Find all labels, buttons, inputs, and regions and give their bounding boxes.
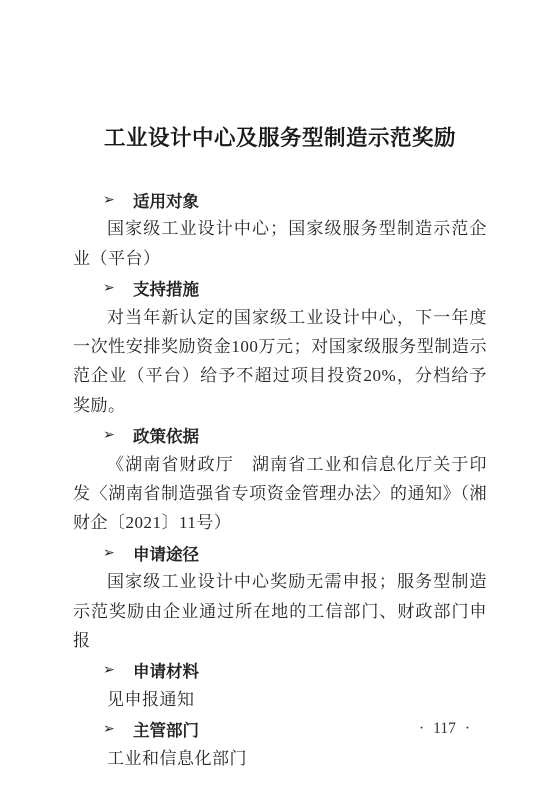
section-body: 工业和信息化部门 — [73, 744, 487, 773]
section-body: 见申报通知 — [73, 685, 487, 714]
section-heading-text: 主管部门 — [133, 717, 199, 741]
section-heading-text: 申请材料 — [133, 658, 199, 682]
section-heading: ➢ 申请途径 — [73, 538, 487, 567]
page-number-right-dot: · — [465, 720, 470, 738]
section-heading-text: 政策依据 — [133, 423, 199, 447]
section-body: 对当年新认定的国家级工业设计中心，下一年度一次性安排奖励资金100万元；对国家级… — [73, 303, 487, 421]
page-number: · 117 · — [419, 720, 470, 738]
section-heading: ➢ 申请材料 — [73, 655, 487, 684]
section-body: 《湖南省财政厅 湖南省工业和信息化厅关于印发〈湖南省制造强省专项资金管理办法〉的… — [73, 450, 487, 538]
document-content: 工业设计中心及服务型制造示范奖励 ➢ 适用对象 国家级工业设计中心；国家级服务型… — [73, 123, 487, 773]
arrowhead-bullet-icon: ➢ — [103, 193, 119, 207]
section-heading: ➢ 支持措施 — [73, 273, 487, 302]
section-support-measures: ➢ 支持措施 对当年新认定的国家级工业设计中心，下一年度一次性安排奖励资金100… — [73, 273, 487, 420]
arrowhead-bullet-icon: ➢ — [103, 428, 119, 442]
arrowhead-bullet-icon: ➢ — [103, 281, 119, 295]
section-body: 国家级工业设计中心；国家级服务型制造示范企业（平台） — [73, 214, 487, 273]
section-heading: ➢ 适用对象 — [73, 185, 487, 214]
section-heading: ➢ 政策依据 — [73, 420, 487, 449]
document-page: 工业设计中心及服务型制造示范奖励 ➢ 适用对象 国家级工业设计中心；国家级服务型… — [0, 0, 559, 793]
page-number-left-dot: · — [419, 720, 424, 738]
arrowhead-bullet-icon: ➢ — [103, 722, 119, 736]
section-heading-text: 适用对象 — [133, 188, 199, 212]
section-body: 国家级工业设计中心奖励无需申报；服务型制造示范奖励由企业通过所在地的工信部门、财… — [73, 567, 487, 655]
arrowhead-bullet-icon: ➢ — [103, 663, 119, 677]
page-title: 工业设计中心及服务型制造示范奖励 — [73, 123, 487, 154]
page-number-value: 117 — [433, 720, 456, 738]
section-heading-text: 支持措施 — [133, 276, 199, 300]
arrowhead-bullet-icon: ➢ — [103, 546, 119, 560]
section-application-channel: ➢ 申请途径 国家级工业设计中心奖励无需申报；服务型制造示范奖励由企业通过所在地… — [73, 538, 487, 656]
section-policy-basis: ➢ 政策依据 《湖南省财政厅 湖南省工业和信息化厅关于印发〈湖南省制造强省专项资… — [73, 420, 487, 538]
section-applicable-objects: ➢ 适用对象 国家级工业设计中心；国家级服务型制造示范企业（平台） — [73, 185, 487, 273]
section-heading-text: 申请途径 — [133, 541, 199, 565]
section-application-materials: ➢ 申请材料 见申报通知 — [73, 655, 487, 714]
